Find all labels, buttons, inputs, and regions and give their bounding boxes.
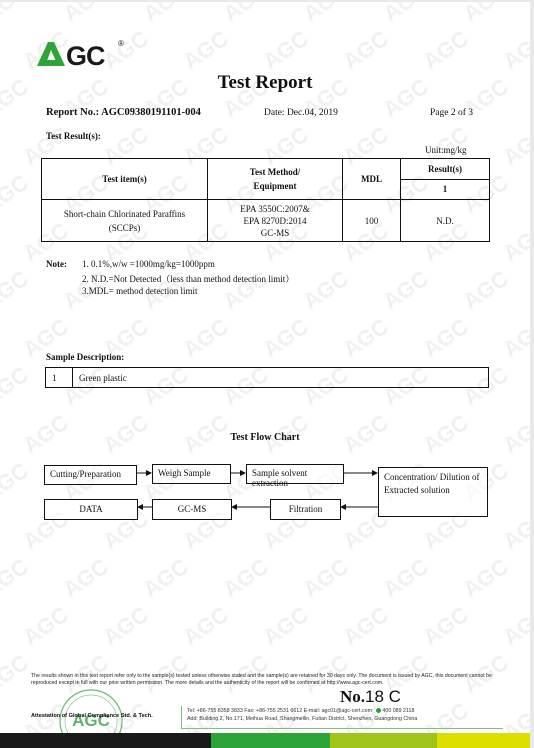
- certificate-value: 18 C: [365, 687, 401, 706]
- report-page: AGCAGCAGCAGCAGCAGCAGCAGCAGCAGCAGCAGCAGCA…: [0, 2, 530, 748]
- flow-step-weigh-sample: Weigh Sample: [152, 464, 231, 484]
- hotline-number: 400 089 2118: [382, 708, 414, 714]
- contact-line-1: Tel: +86-755 8358 3833 Fax: +86-755 2531…: [187, 708, 417, 716]
- phone-icon: [376, 708, 381, 713]
- flow-step-filtration: Filtration: [270, 499, 341, 520]
- attestation-text: Attestation of Global Compliance Std. & …: [31, 713, 153, 719]
- flow-step-solvent-extraction: Sample solvent extraction: [246, 464, 344, 484]
- color-bar-segment-black: [0, 733, 211, 748]
- color-bar-segment-yellow: [437, 733, 530, 748]
- certificate-prefix: No.: [340, 687, 365, 706]
- certificate-number: No.18 C: [340, 687, 401, 707]
- color-bar-segment-lime: [330, 733, 437, 748]
- contact-address: Add: Building 2, No.171, Meihua Road, Sh…: [187, 716, 417, 724]
- contact-info: Tel: +86-755 8358 3833 Fax: +86-755 2531…: [187, 708, 417, 723]
- flow-chart-arrows: [0, 2, 530, 748]
- color-bar-segment-green: [211, 733, 330, 748]
- legal-disclaimer: The results shown in this test report re…: [31, 673, 503, 688]
- contact-divider-vertical: [181, 706, 182, 728]
- flow-step-concentration-dilution: Concentration/ Dilution of Extracted sol…: [378, 467, 488, 517]
- flow-step-data: DATA: [44, 499, 138, 520]
- flow-step-cutting-preparation: Cutting/Preparation: [44, 465, 137, 485]
- contact-divider-horizontal: [181, 728, 503, 729]
- footer-color-bar: [0, 733, 530, 748]
- flow-step-gc-ms: GC-MS: [152, 499, 232, 520]
- contact-phone-fax-email: Tel: +86-755 8358 3833 Fax: +86-755 2531…: [187, 708, 372, 714]
